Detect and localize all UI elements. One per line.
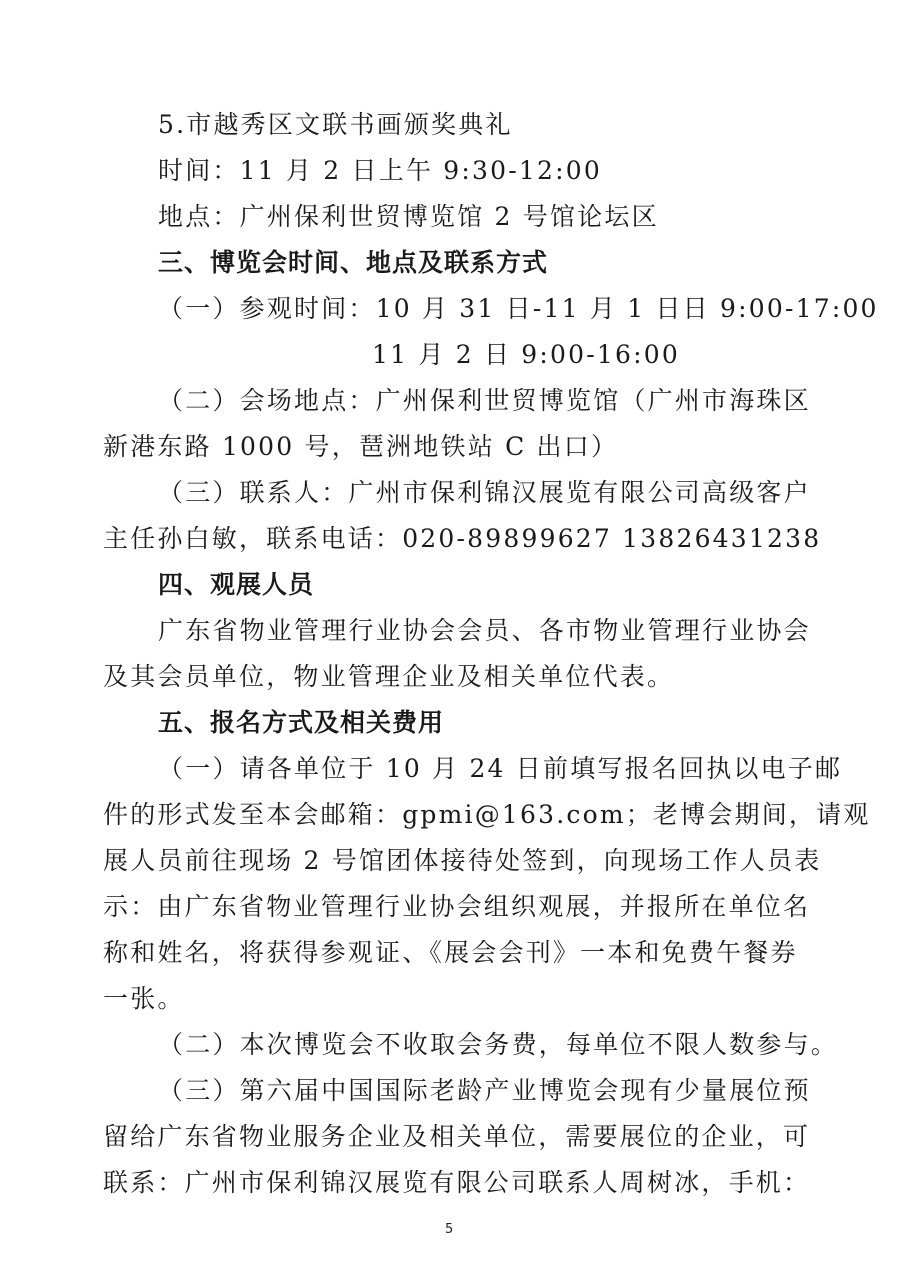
page-number: 5 [445,1222,453,1237]
event-item-5-title: 5.市越秀区文联书画颁奖典礼 [158,110,513,140]
registration-line-3: 展人员前往现场 2 号馆团体接待处签到，向现场工作人员表 [103,846,821,876]
visit-time-line-1: （一）参观时间：10 月 31 日-11 月 1 日日 9:00-17:00 [158,294,879,324]
section-heading-3: 三、博览会时间、地点及联系方式 [158,248,548,278]
fee-line: （二）本次博览会不收取会务费，每单位不限人数参与。 [158,1030,838,1060]
venue-line-1: （二）会场地点：广州保利世贸博览馆（广州市海珠区 [158,386,811,416]
section-heading-5: 五、报名方式及相关费用 [158,708,444,738]
contact-line-2: 主任孙白敏，联系电话：020-89899627 13826431238 [103,524,821,554]
registration-line-2: 件的形式发至本会邮箱：gpmi@163.com；老博会期间，请观 [103,800,871,830]
registration-line-5: 称和姓名，将获得参观证、《展会会刊》一本和免费午餐券 [103,938,798,968]
registration-line-1: （一）请各单位于 10 月 24 日前填写报名回执以电子邮 [158,754,842,784]
visit-time-line-2: 11 月 2 日 9:00-16:00 [372,340,680,370]
event-item-5-location: 地点：广州保利世贸博览馆 2 号馆论坛区 [158,202,659,232]
attendees-line-2: 及其会员单位，物业管理企业及相关单位代表。 [103,662,674,692]
booth-line-1: （三）第六届中国国际老龄产业博览会现有少量展位预 [158,1076,811,1106]
registration-line-6: 一张。 [103,984,185,1014]
attendees-line-1: 广东省物业管理行业协会会员、各市物业管理行业协会 [158,616,811,646]
contact-line-1: （三）联系人：广州市保利锦汉展览有限公司高级客户 [158,478,811,508]
section-heading-4: 四、观展人员 [158,570,314,600]
registration-line-4: 示：由广东省物业管理行业协会组织观展，并报所在单位名 [103,892,810,922]
booth-line-2: 留给广东省物业服务企业及相关单位，需要展位的企业，可 [103,1122,810,1152]
booth-line-3: 联系：广州市保利锦汉展览有限公司联系人周树冰，手机： [103,1168,810,1198]
event-item-5-time: 时间：11 月 2 日上午 9:30-12:00 [158,156,602,186]
venue-line-2: 新港东路 1000 号，琶洲地铁站 C 出口） [103,432,618,462]
document-page: 5.市越秀区文联书画颁奖典礼 时间：11 月 2 日上午 9:30-12:00 … [0,0,900,1280]
